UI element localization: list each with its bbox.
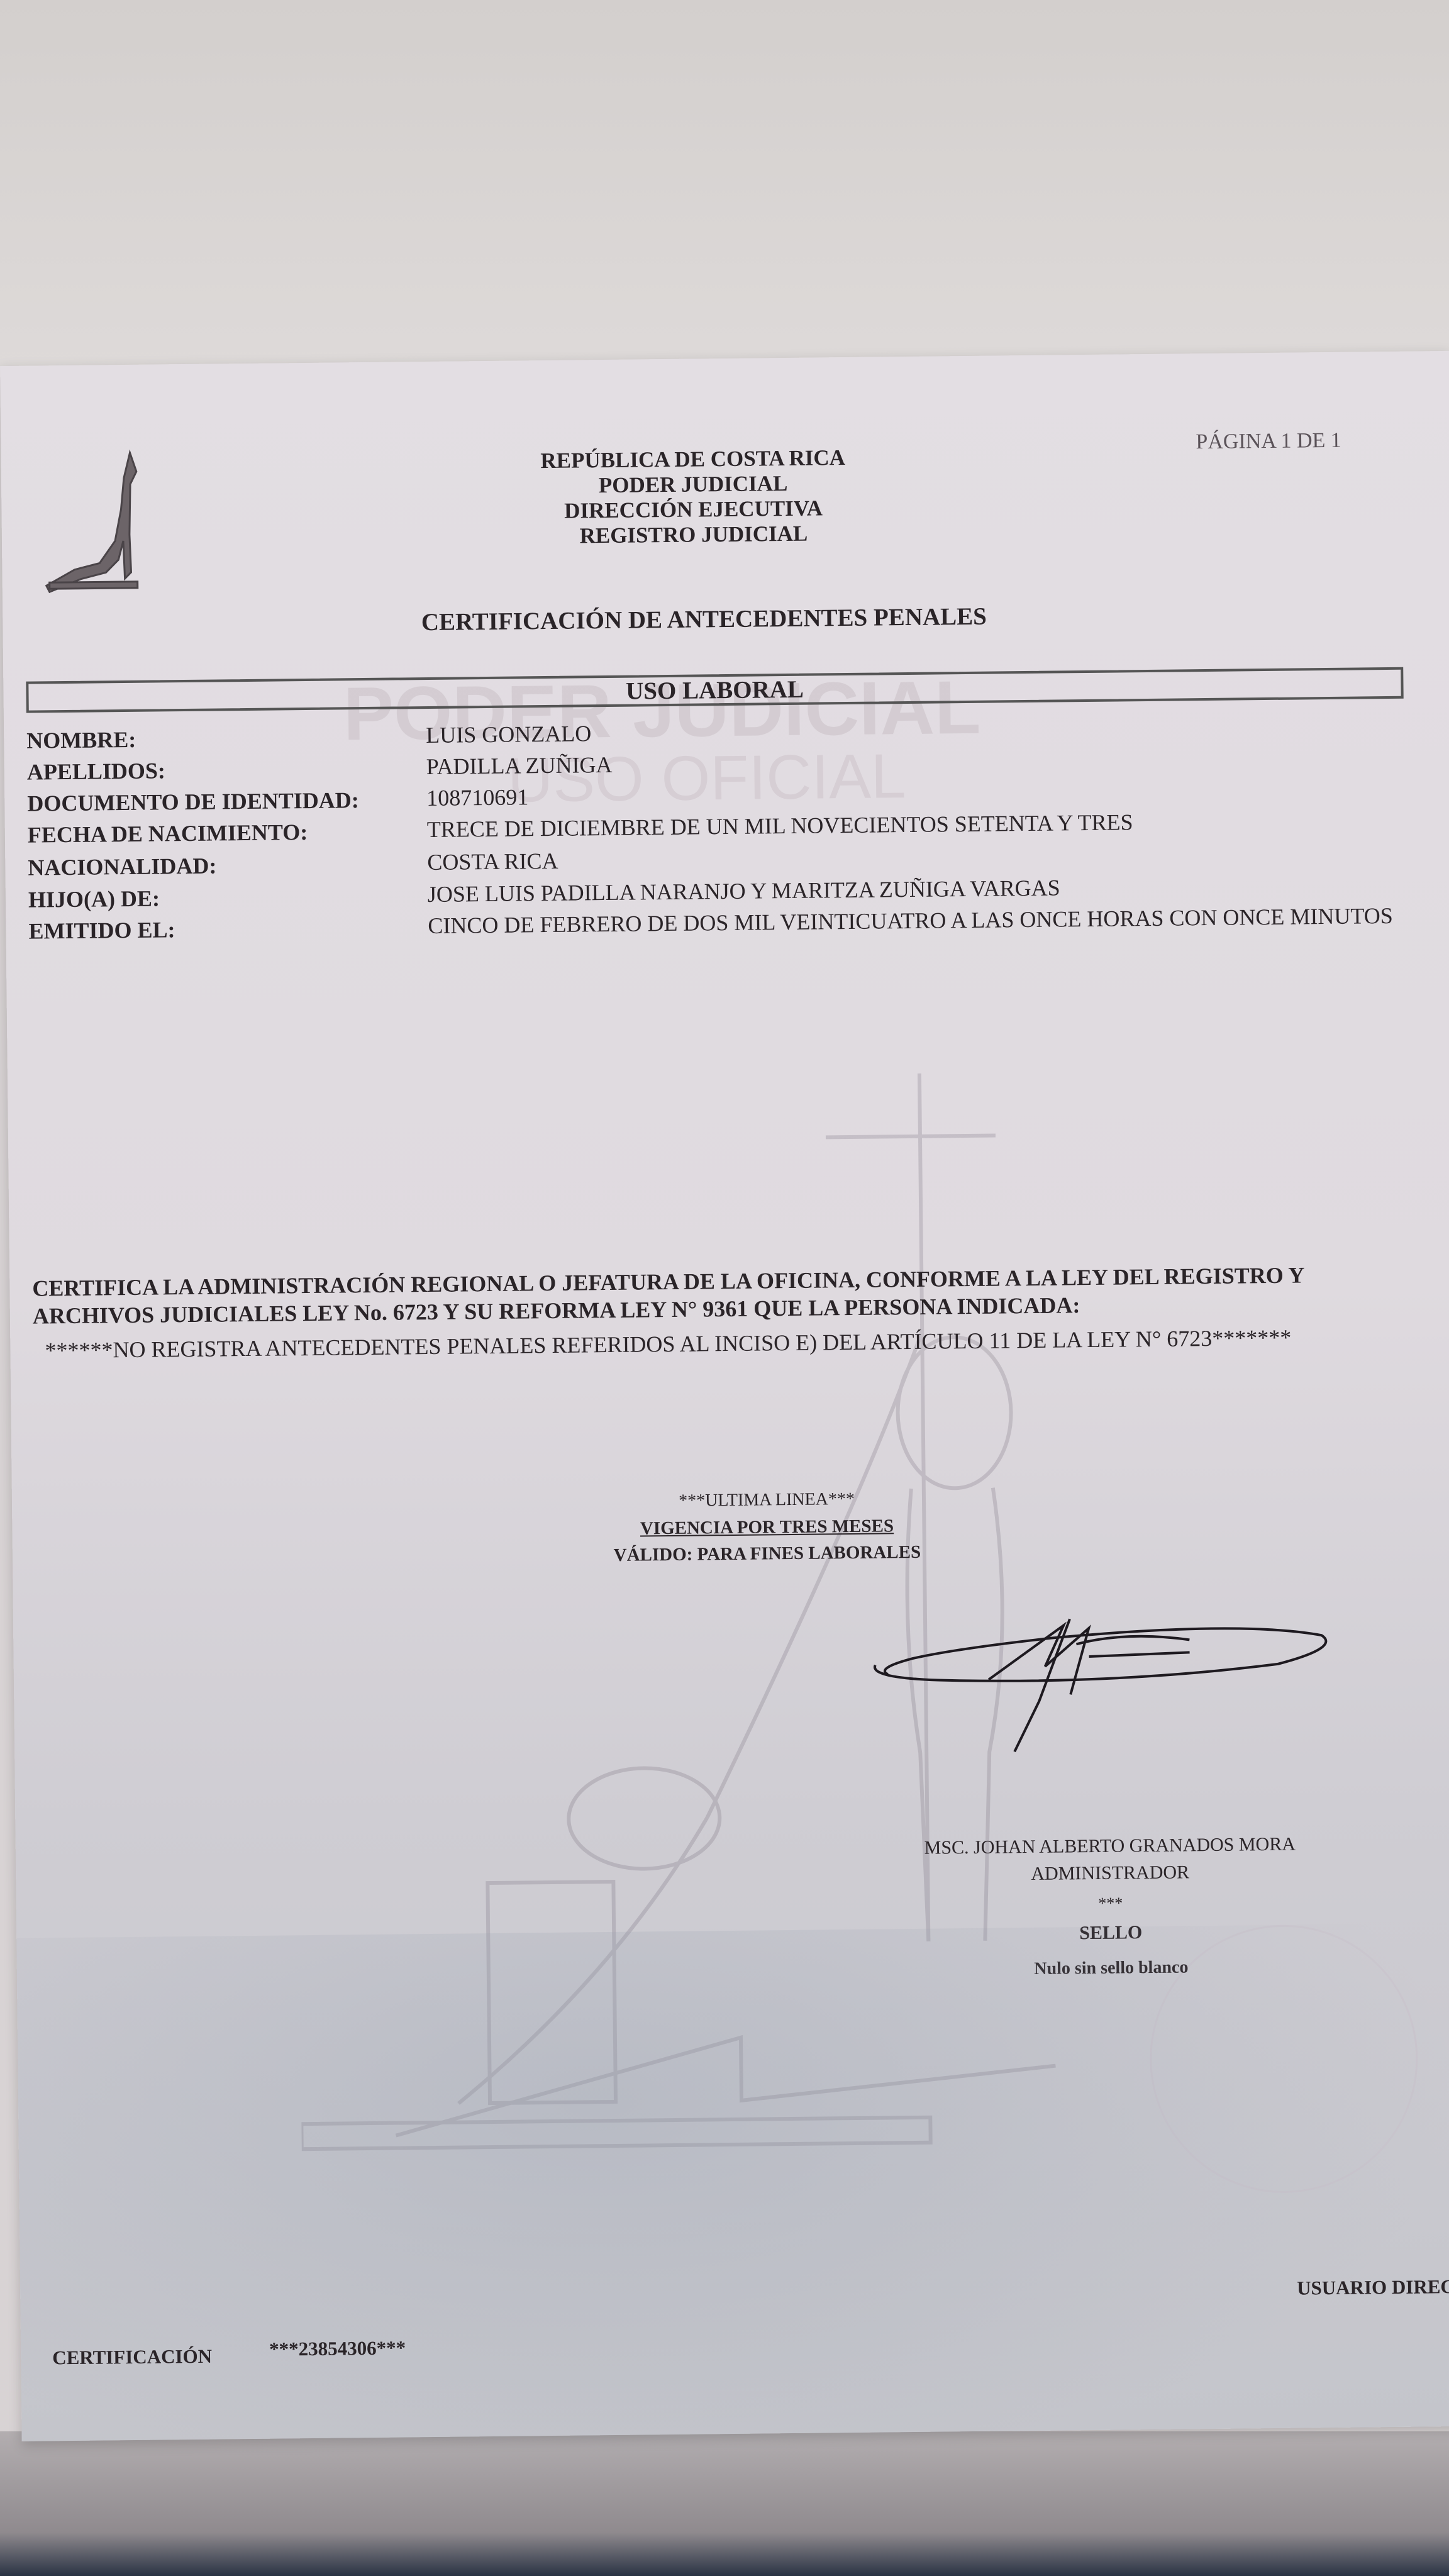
field-label: EMITIDO EL: — [28, 916, 175, 944]
field-label: NOMBRE: — [26, 726, 136, 754]
field-label: APELLIDOS: — [27, 757, 165, 785]
page-indicator: PÁGINA 1 DE 1 — [1196, 429, 1341, 454]
field-label: DOCUMENTO DE IDENTIDAD: — [27, 787, 359, 817]
justice-statue-icon — [35, 446, 163, 598]
certificate-page: PÁGINA 1 DE 1 REPÚBLICA DE COSTA RICA PO… — [0, 351, 1449, 2441]
field-label: HIJO(A) DE: — [28, 885, 160, 913]
certification-statement: CERTIFICA LA ADMINISTRACIÓN REGIONAL O J… — [32, 1260, 1416, 1330]
field-label: NACIONALIDAD: — [28, 853, 216, 881]
table-surface — [0, 0, 1449, 377]
signer-role: ADMINISTRADOR — [865, 1860, 1355, 1887]
user-label: USUARIO DIRECT — [1297, 2275, 1449, 2300]
field-label: FECHA DE NACIMIENTO: — [28, 819, 308, 848]
certification-number: ***23854306*** — [269, 2336, 406, 2360]
floor-background — [0, 2431, 1449, 2576]
header-line: REGISTRO JUDICIAL — [442, 519, 945, 550]
institution-header: REPÚBLICA DE COSTA RICA PODER JUDICIAL D… — [441, 444, 945, 550]
signer-name: MSC. JOHAN ALBERTO GRANADOS MORA — [865, 1833, 1355, 1860]
certification-label: CERTIFICACIÓN — [52, 2345, 212, 2370]
signature-icon — [862, 1604, 1348, 1766]
document-title: CERTIFICACIÓN DE ANTECEDENTES PENALES — [3, 598, 1405, 641]
